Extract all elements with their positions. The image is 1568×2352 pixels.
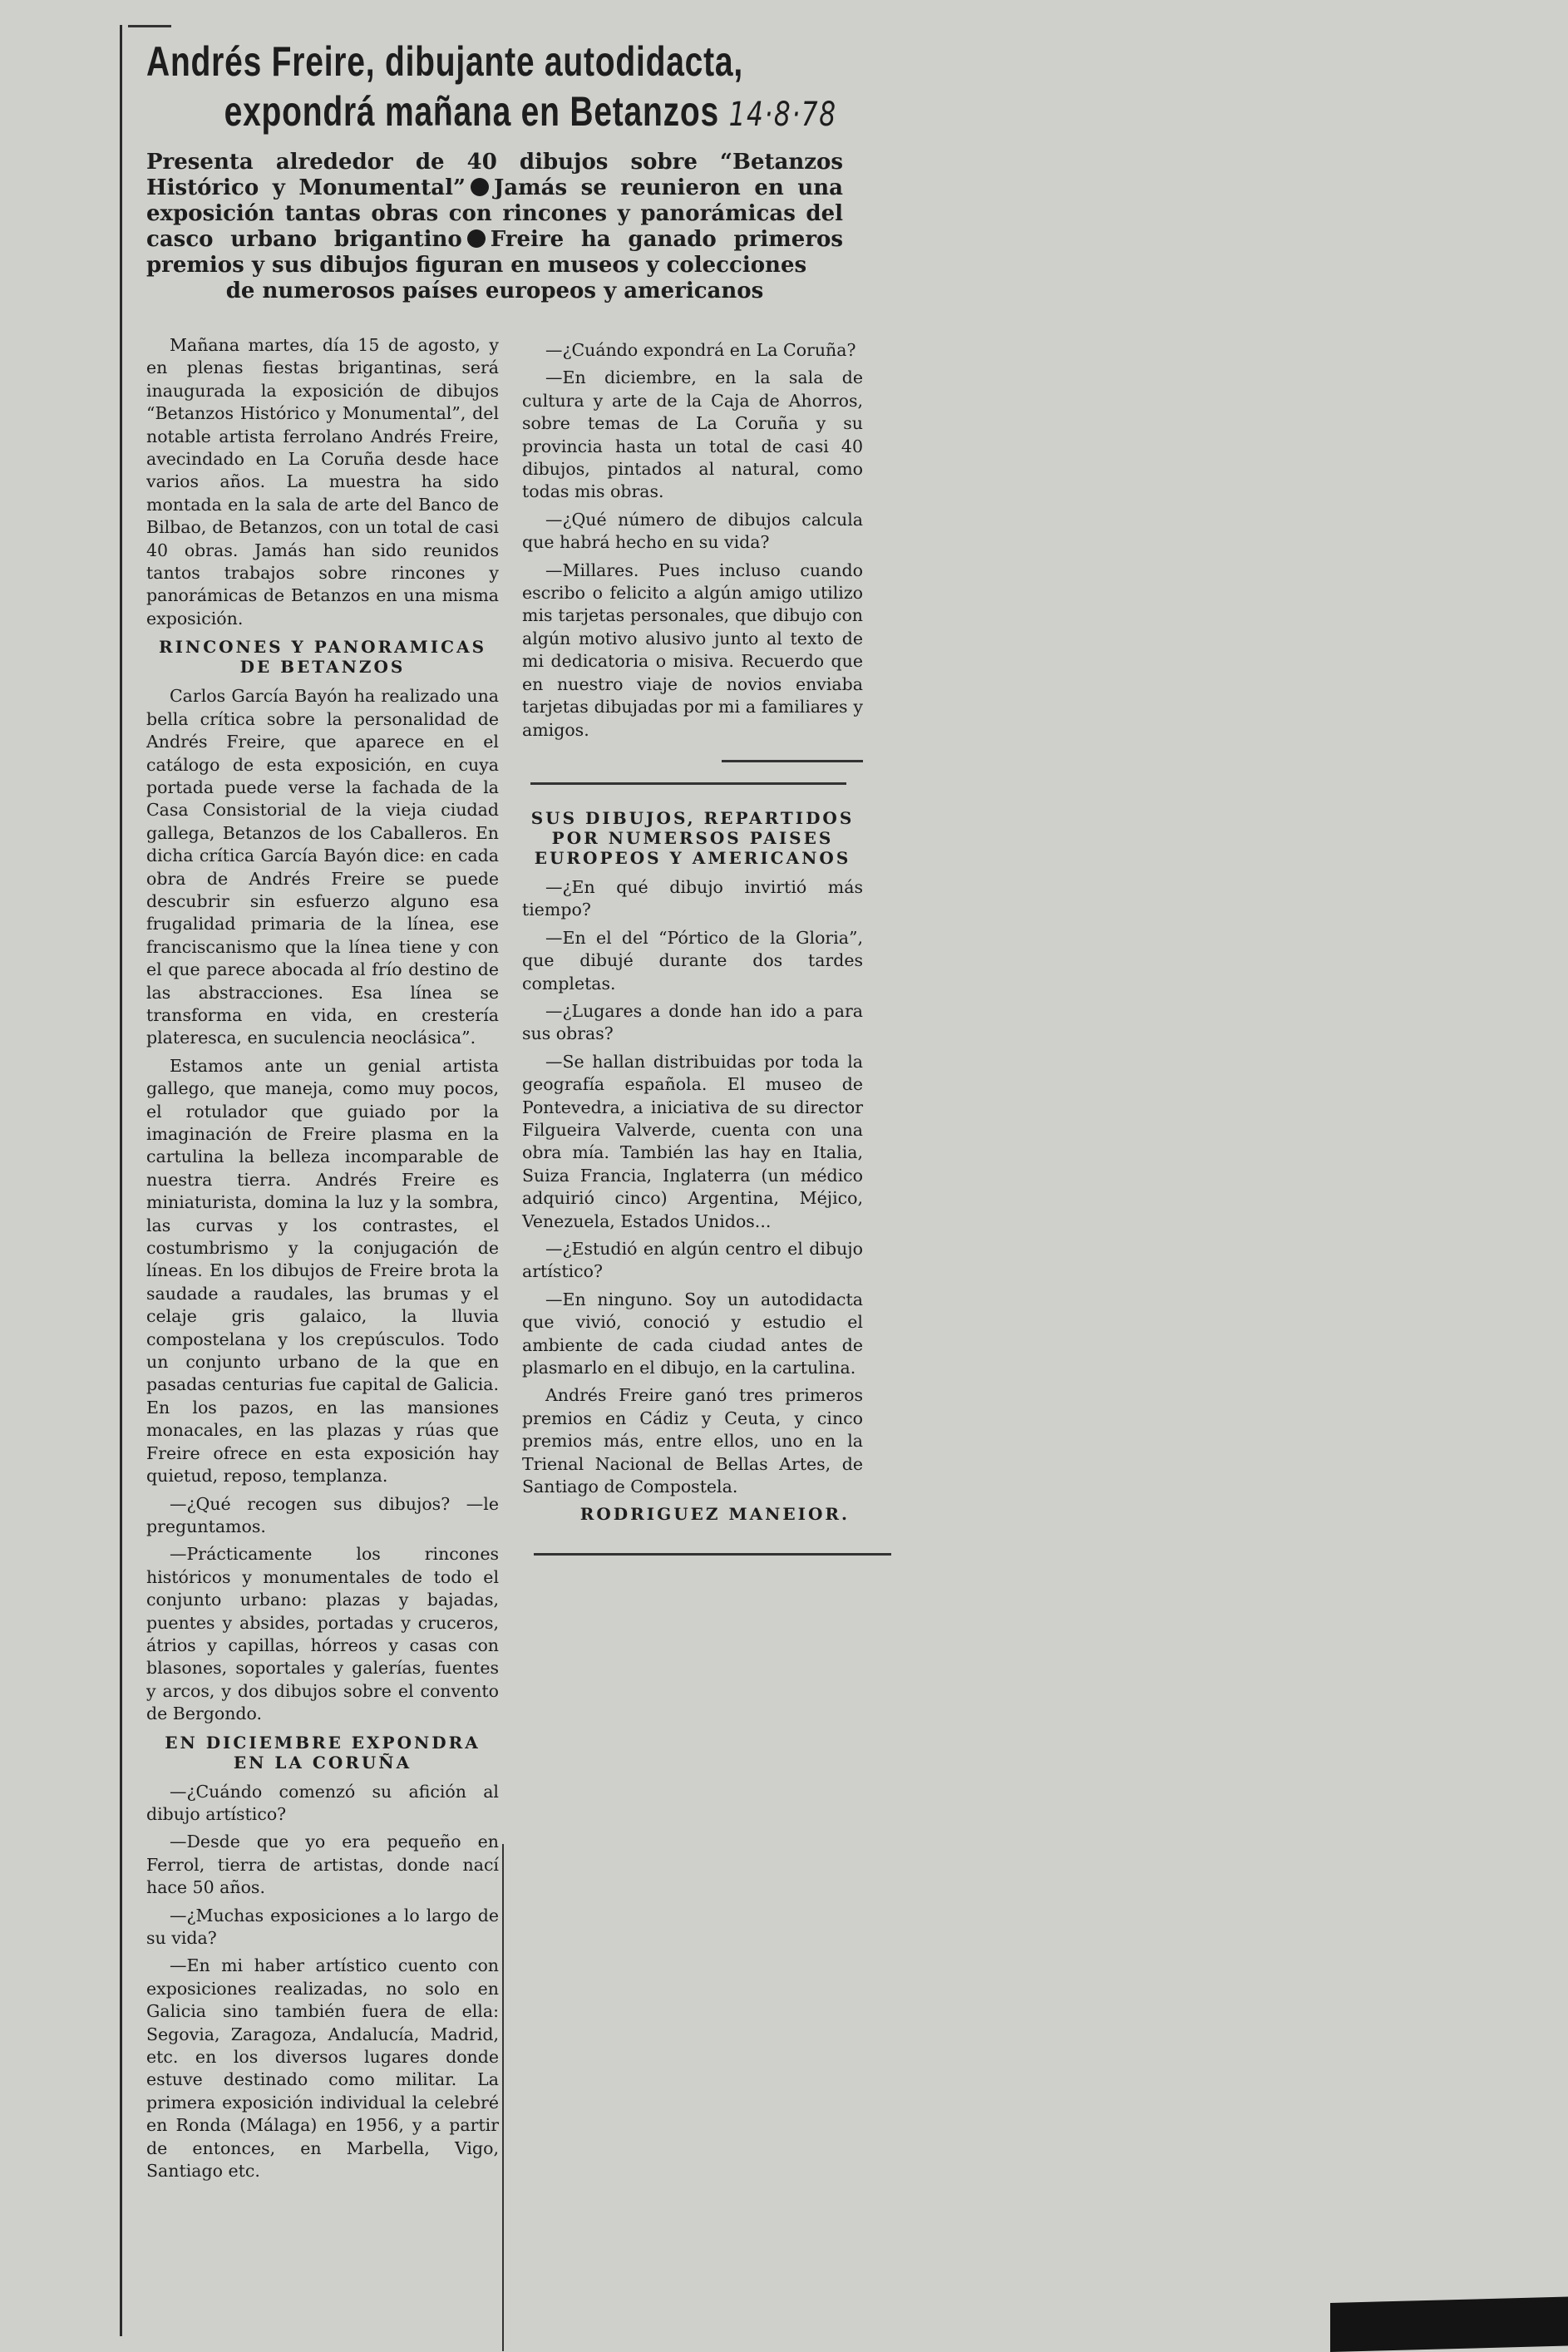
paragraph: —¿En qué dibujo invirtió más tiempo? — [522, 876, 863, 922]
headline-line-1: Andrés Freire, dibujante autodidacta, — [146, 37, 730, 86]
deck-part-4: de numerosos países europeos y americano… — [146, 279, 843, 304]
paragraph: —Prácticamente los rincones históricos y… — [146, 1543, 499, 1725]
headline-line-2: expondrá mañana en Betanzos 14·8·78 — [146, 86, 730, 140]
handwritten-date: 14·8·78 — [729, 96, 837, 134]
paragraph: —¿Qué número de dibujos calcula que habr… — [522, 509, 863, 555]
left-column: Mañana martes, día 15 de agosto, y en pl… — [146, 334, 499, 2187]
table-edge-shadow — [1330, 2297, 1568, 2352]
subheading: EN DICIEMBRE EXPONDRA EN LA CORUÑA — [146, 1733, 499, 1773]
headline: Andrés Freire, dibujante autodidacta, ex… — [146, 37, 730, 140]
column-rule-right — [502, 1844, 504, 2351]
divider — [534, 1553, 891, 1556]
deck-subtitle: Presenta alrededor de 40 dibujos sobre “… — [146, 150, 843, 304]
right-column: —¿Cuándo expondrá en La Coruña? —En dici… — [522, 339, 863, 1556]
paragraph: —¿Muchas exposiciones a lo largo de su v… — [146, 1905, 499, 1950]
paragraph: —En el del “Pórtico de la Gloria”, que d… — [522, 927, 863, 995]
paragraph: —¿Cuándo expondrá en La Coruña? — [522, 339, 863, 362]
newspaper-clipping: Andrés Freire, dibujante autodidacta, ex… — [116, 25, 898, 2352]
paragraph: Carlos García Bayón ha realizado una bel… — [146, 685, 499, 1050]
subheading: RINCONES Y PANORAMICAS DE BETANZOS — [146, 637, 499, 677]
subheading: SUS DIBUJOS, REPARTIDOS POR NUMERSOS PAI… — [522, 808, 863, 868]
paragraph: —¿Estudió en algún centro el dibujo artí… — [522, 1238, 863, 1284]
paragraph: Andrés Freire ganó tres primeros premios… — [522, 1384, 863, 1498]
paragraph: Estamos ante un genial artista gallego, … — [146, 1055, 499, 1488]
paragraph: Mañana martes, día 15 de agosto, y en pl… — [146, 334, 499, 630]
paragraph: —Millares. Pues incluso cuando escribo o… — [522, 560, 863, 742]
paragraph: —¿Cuándo comenzó su afición al dibujo ar… — [146, 1781, 499, 1827]
bullet-icon — [471, 178, 489, 196]
paragraph: —¿Lugares a donde han ido a para sus obr… — [522, 1000, 863, 1046]
column-rule-left — [120, 25, 122, 2336]
byline: RODRIGUEZ MANEIOR. — [522, 1503, 850, 1526]
paragraph: —Se hallan distribuidas por toda la geog… — [522, 1051, 863, 1233]
divider — [530, 782, 846, 785]
headline-line-2-text: expondrá mañana en Betanzos — [224, 88, 719, 135]
paragraph: —En mi haber artístico cuento con exposi… — [146, 1955, 499, 2182]
divider — [722, 760, 863, 762]
paragraph: —Desde que yo era pequeño en Ferrol, tie… — [146, 1831, 499, 1899]
paragraph: —En ninguno. Soy un autodidacta que vivi… — [522, 1289, 863, 1380]
paragraph: —En diciembre, en la sala de cultura y a… — [522, 367, 863, 503]
paragraph: —¿Qué recogen sus dibujos? —le preguntam… — [146, 1493, 499, 1539]
bullet-icon — [467, 229, 486, 248]
top-mark — [128, 25, 171, 27]
